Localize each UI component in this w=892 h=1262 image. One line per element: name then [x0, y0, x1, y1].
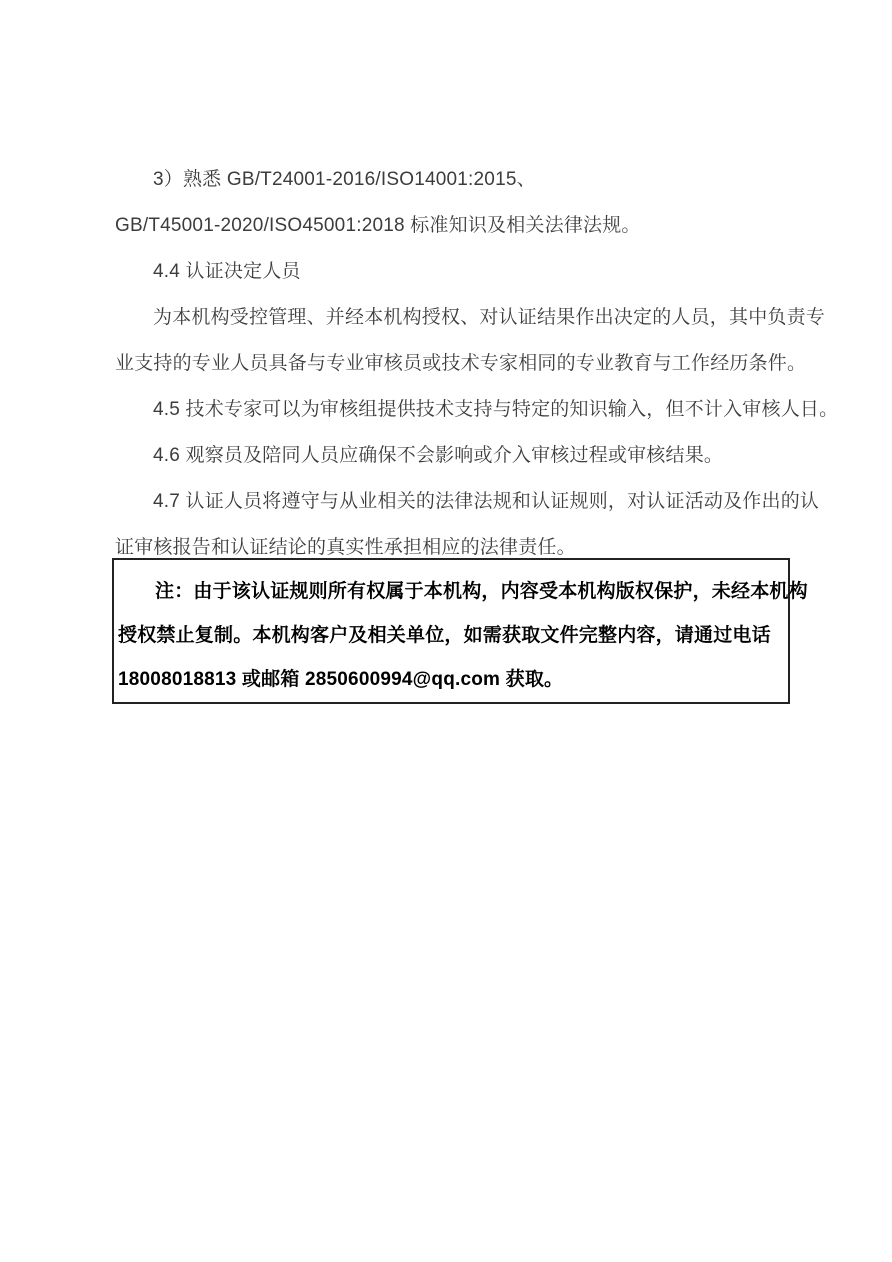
note-text-line: 注：由于该认证规则所有权属于本机构，内容受本机构版权保护，未经本机构 [118, 570, 784, 614]
text-line: GB/T45001-2020/ISO45001:2018 标准知识及相关法律法规… [115, 203, 795, 249]
document-page: 3）熟悉 GB/T24001-2016/ISO14001:2015、GB/T45… [0, 0, 892, 1262]
text-line: 4.6 观察员及陪同人员应确保不会影响或介入审核过程或审核结果。 [115, 433, 795, 479]
body-text-block: 3）熟悉 GB/T24001-2016/ISO14001:2015、GB/T45… [115, 157, 795, 571]
copyright-note-box: 注：由于该认证规则所有权属于本机构，内容受本机构版权保护，未经本机构授权禁止复制… [112, 558, 790, 704]
text-line: 业支持的专业人员具备与专业审核员或技术专家相同的专业教育与工作经历条件。 [115, 341, 795, 387]
note-text-line: 授权禁止复制。本机构客户及相关单位，如需获取文件完整内容，请通过电话 [118, 614, 784, 658]
text-line: 4.4 认证决定人员 [115, 249, 795, 295]
note-text-line: 18008018813 或邮箱 2850600994@qq.com 获取。 [118, 658, 784, 702]
text-line: 4.7 认证人员将遵守与从业相关的法律法规和认证规则，对认证活动及作出的认 [115, 479, 795, 525]
text-line: 为本机构受控管理、并经本机构授权、对认证结果作出决定的人员，其中负责专 [115, 295, 795, 341]
text-line: 4.5 技术专家可以为审核组提供技术支持与特定的知识输入，但不计入审核人日。 [115, 387, 795, 433]
text-line: 3）熟悉 GB/T24001-2016/ISO14001:2015、 [115, 157, 795, 203]
